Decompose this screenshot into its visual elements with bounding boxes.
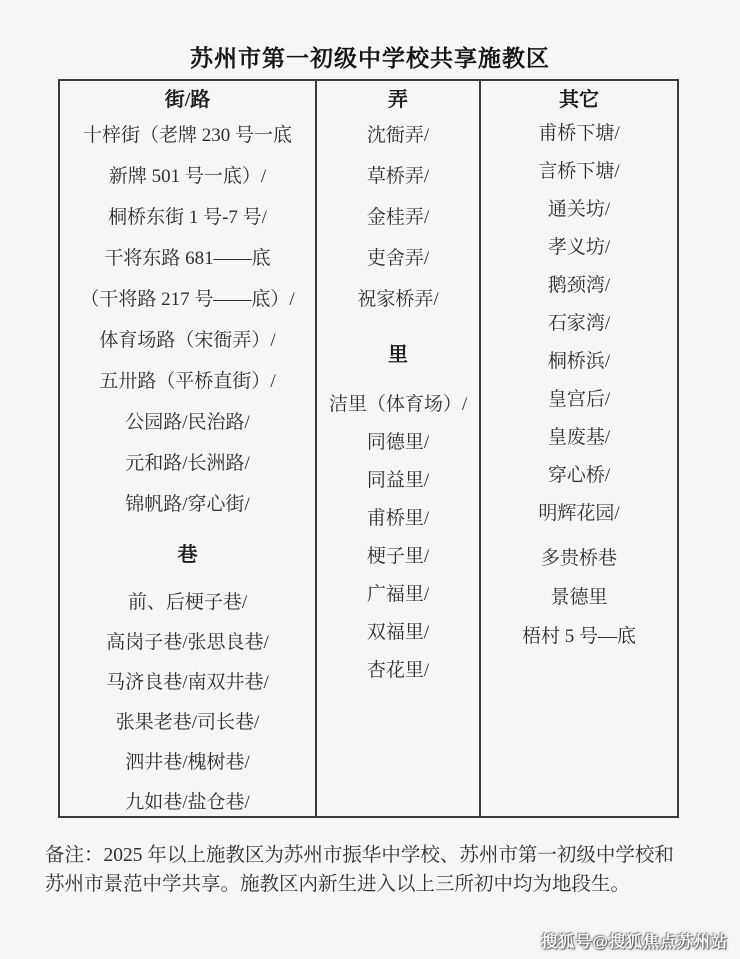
column-section: 甫桥下塘/言桥下塘/通关坊/孝义坊/鹅颈湾/石家湾/桐桥浜/皇宫后/皇废基/穿心… [481,115,677,533]
school-zone-table: 街/路 十梓街（老牌 230 号一底新牌 501 号一底）/桐桥东街 1 号-7… [58,79,679,818]
table-cell-item: 双福里/ [317,614,479,652]
table-cell-item: 泗井巷/槐树巷/ [60,743,315,783]
table-cell-item: 通关坊/ [481,191,677,229]
table-cell-item: 皇废基/ [481,419,677,457]
column-street-road: 街/路 十梓街（老牌 230 号一底新牌 501 号一底）/桐桥东街 1 号-7… [60,81,315,816]
table-cell-item: 五卅路（平桥直街）/ [60,361,315,402]
table-cell-item: 锦帆路/穿心街/ [60,484,315,525]
table-cell-item: 广福里/ [317,576,479,614]
table-cell-item: 梧村 5 号—底 [481,617,677,656]
table-cell-item: 元和路/长洲路/ [60,443,315,484]
table-cell-item: （干将路 217 号——底）/ [60,279,315,320]
table-cell-item: 吏舍弄/ [317,238,479,279]
column-section: 多贵桥巷景德里梧村 5 号—底 [481,539,677,656]
table-cell-item: 景德里 [481,578,677,617]
table-cell-item: 张果老巷/司长巷/ [60,703,315,743]
table-cell-item: 九如巷/盐仓巷/ [60,783,315,816]
table-cell-item: 前、后梗子巷/ [60,583,315,623]
table-cell-item: 鹅颈湾/ [481,267,677,305]
table-cell-item: 言桥下塘/ [481,153,677,191]
column-header-lane: 弄 [317,81,479,115]
column-header-street-road: 街/路 [60,81,315,115]
table-cell-item: 马济良巷/南双井巷/ [60,663,315,703]
table-cell-item: 石家湾/ [481,305,677,343]
column-subheader: 里 [317,320,479,386]
footnote-line-1: 备注：2025 年以上施教区为苏州市振华中学校、苏州市第一初级中学校和 [45,841,697,870]
footnote: 备注：2025 年以上施教区为苏州市振华中学校、苏州市第一初级中学校和 苏州市景… [45,841,697,899]
table-cell-item: 皇宫后/ [481,381,677,419]
column-subheader: 巷 [60,525,315,583]
column-lane: 弄 沈衙弄/草桥弄/金桂弄/吏舍弄/祝家桥弄/里洁里（体育场）/同德里/同益里/… [315,81,481,816]
table-cell-item: 干将东路 681——底 [60,238,315,279]
watermark-sohu: 搜狐号@搜狐焦点苏州站 [541,929,728,952]
column-section: 沈衙弄/草桥弄/金桂弄/吏舍弄/祝家桥弄/ [317,115,479,320]
column-section: 里洁里（体育场）/同德里/同益里/甫桥里/梗子里/广福里/双福里/杏花里/ [317,320,479,690]
column-section: 巷前、后梗子巷/高岗子巷/张思良巷/马济良巷/南双井巷/张果老巷/司长巷/泗井巷… [60,525,315,816]
table-cell-item: 梗子里/ [317,538,479,576]
table-cell-item: 体育场路（宋衙弄）/ [60,320,315,361]
table-cell-item: 十梓街（老牌 230 号一底 [60,115,315,156]
table-cell-item: 杏花里/ [317,652,479,690]
table-cell-item: 桐桥东街 1 号-7 号/ [60,197,315,238]
table-cell-item: 甫桥里/ [317,500,479,538]
table-cell-item: 沈衙弄/ [317,115,479,156]
column-header-other: 其它 [481,81,677,115]
table-cell-item: 同益里/ [317,462,479,500]
page-title: 苏州市第一初级中学校共享施教区 [0,40,740,73]
table-cell-item: 公园路/民治路/ [60,402,315,443]
table-cell-item: 草桥弄/ [317,156,479,197]
table-cell-item: 祝家桥弄/ [317,279,479,320]
table-cell-item: 多贵桥巷 [481,539,677,578]
footnote-line-2: 苏州市景范中学共享。施教区内新生进入以上三所初中均为地段生。 [45,870,697,899]
table-cell-item: 洁里（体育场）/ [317,386,479,424]
table-cell-item: 桐桥浜/ [481,343,677,381]
column-other: 其它 甫桥下塘/言桥下塘/通关坊/孝义坊/鹅颈湾/石家湾/桐桥浜/皇宫后/皇废基… [481,81,677,816]
table-cell-item: 孝义坊/ [481,229,677,267]
table-cell-item: 穿心桥/ [481,457,677,495]
table-cell-item: 金桂弄/ [317,197,479,238]
table-cell-item: 甫桥下塘/ [481,115,677,153]
column-section: 十梓街（老牌 230 号一底新牌 501 号一底）/桐桥东街 1 号-7 号/干… [60,115,315,525]
table-cell-item: 高岗子巷/张思良巷/ [60,623,315,663]
table-cell-item: 同德里/ [317,424,479,462]
table-cell-item: 新牌 501 号一底）/ [60,156,315,197]
table-cell-item: 明辉花园/ [481,495,677,533]
